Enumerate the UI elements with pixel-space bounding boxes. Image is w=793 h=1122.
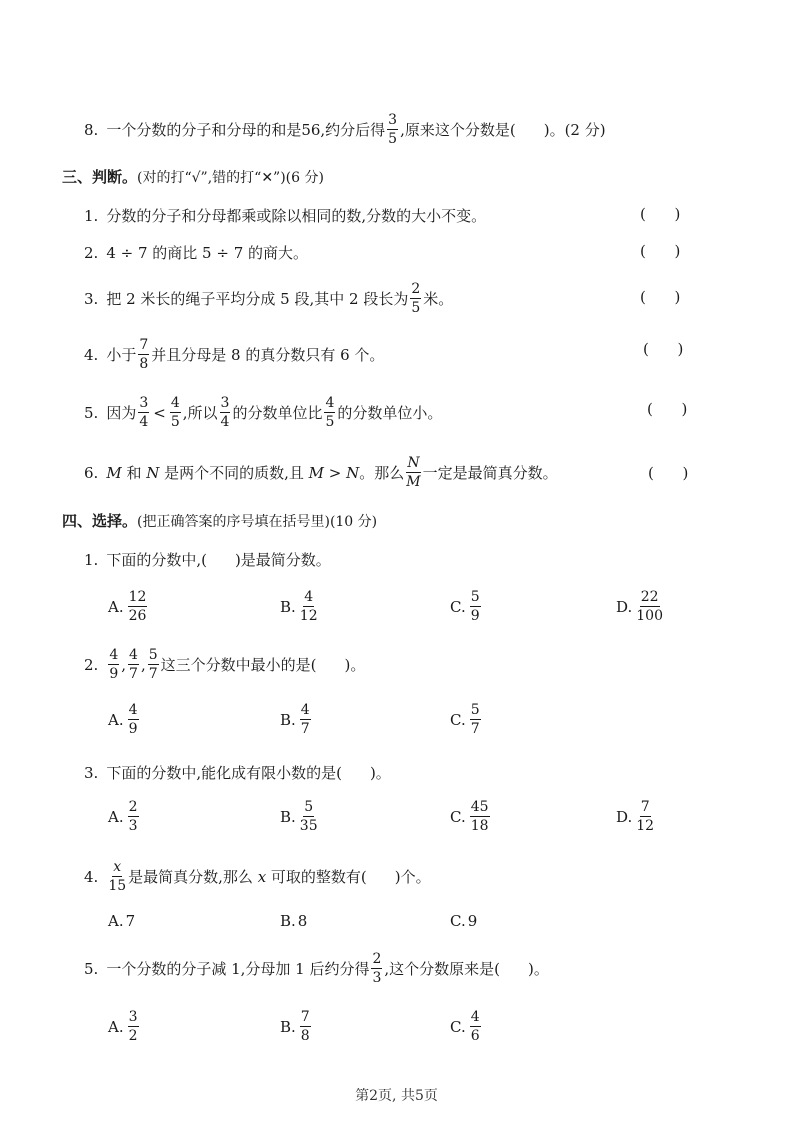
choice-question-3: 3. 下面的分数中,能化成有限小数的是( )。 xyxy=(84,762,391,783)
question-text: 一个分数的分子和分母的和是56,约分后得 xyxy=(106,119,385,140)
option-b[interactable]: B.412 xyxy=(280,590,320,623)
fraction: NM xyxy=(406,456,420,489)
judge-item-4: 4. 小于 78 并且分母是 8 的真分数只有 6 个。 xyxy=(84,338,384,371)
option-c[interactable]: C.59 xyxy=(450,590,483,623)
choice-question-1: 1. 下面的分数中,( )是最简分数。 xyxy=(84,549,331,570)
option-c[interactable]: C.57 xyxy=(450,703,483,736)
option-b[interactable]: B.8 xyxy=(280,912,307,930)
option-c[interactable]: C.46 xyxy=(450,1010,483,1043)
fraction: x15 xyxy=(108,860,126,893)
fraction: 47 xyxy=(128,648,139,681)
choice-question-5: 5. 一个分数的分子减 1,分母加 1 后约分得 23 ,这个分数原来是( )。 xyxy=(84,952,549,985)
option-a[interactable]: A.1226 xyxy=(108,590,149,623)
answer-paren-2[interactable]: ( ) xyxy=(640,242,680,260)
fraction: 78 xyxy=(138,338,149,371)
section-instructions: (把正确答案的序号填在括号里)(10 分) xyxy=(137,511,377,531)
fraction: 34 xyxy=(220,396,231,429)
option-b[interactable]: B.535 xyxy=(280,800,320,833)
option-a[interactable]: A.23 xyxy=(108,800,141,833)
section-title: 四、选择。 xyxy=(62,510,137,531)
judge-item-5: 5. 因为 34 < 45 ,所以 34 的分数单位比 45 的分数单位小。 xyxy=(84,396,442,429)
judge-item-6: 6. M 和 N 是两个不同的质数,且 M > N 。那么 NM 一定是最简真分… xyxy=(84,456,558,489)
choice-question-2: 2. 49 , 47 , 57 这三个分数中最小的是( )。 xyxy=(84,648,365,681)
option-c[interactable]: C.9 xyxy=(450,912,477,930)
answer-paren-5[interactable]: ( ) xyxy=(647,400,687,418)
section-4-heading: 四、选择。 (把正确答案的序号填在括号里)(10 分) xyxy=(62,510,377,531)
answer-paren-1[interactable]: ( ) xyxy=(640,205,680,223)
judge-item-1: 1. 分数的分子和分母都乘或除以相同的数,分数的大小不变。 xyxy=(84,205,486,226)
option-b[interactable]: B.47 xyxy=(280,703,313,736)
option-c[interactable]: C.4518 xyxy=(450,800,492,833)
option-b[interactable]: B.78 xyxy=(280,1010,313,1043)
fraction: 49 xyxy=(108,648,119,681)
answer-paren-3[interactable]: ( ) xyxy=(640,288,680,306)
fraction: 23 xyxy=(371,952,382,985)
section-instructions: (对的打“√”,错的打“✕”)(6 分) xyxy=(137,167,324,187)
option-d[interactable]: D.22100 xyxy=(616,590,665,623)
fraction: 45 xyxy=(170,396,181,429)
answer-paren-4[interactable]: ( ) xyxy=(643,340,683,358)
judge-item-3: 3. 把 2 米长的绳子平均分成 5 段,其中 2 段长为 25 米。 xyxy=(84,282,453,315)
fraction: 34 xyxy=(138,396,149,429)
section-3-heading: 三、判断。 (对的打“√”,错的打“✕”)(6 分) xyxy=(62,166,324,187)
section-title: 三、判断。 xyxy=(62,166,137,187)
fraction: 57 xyxy=(148,648,159,681)
option-a[interactable]: A.32 xyxy=(108,1010,141,1043)
fraction: 45 xyxy=(324,396,335,429)
judge-item-2: 2. 4 ÷ 7 的商比 5 ÷ 7 的商大。 xyxy=(84,242,308,263)
option-d[interactable]: D.712 xyxy=(616,800,656,833)
fraction: 25 xyxy=(410,282,421,315)
option-a[interactable]: A.7 xyxy=(108,912,135,930)
fraction: 35 xyxy=(387,113,398,146)
page-number: 第2页, 共5页 xyxy=(0,1085,793,1105)
question-number: 8. xyxy=(84,121,98,139)
question-8: 8. 一个分数的分子和分母的和是56,约分后得 35 ,原来这个分数是( )。(… xyxy=(84,113,606,146)
option-a[interactable]: A.49 xyxy=(108,703,141,736)
choice-question-4: 4. x15 是最简真分数,那么 x 可取的整数有( )个。 xyxy=(84,860,431,893)
answer-paren-6[interactable]: ( ) xyxy=(648,464,688,482)
